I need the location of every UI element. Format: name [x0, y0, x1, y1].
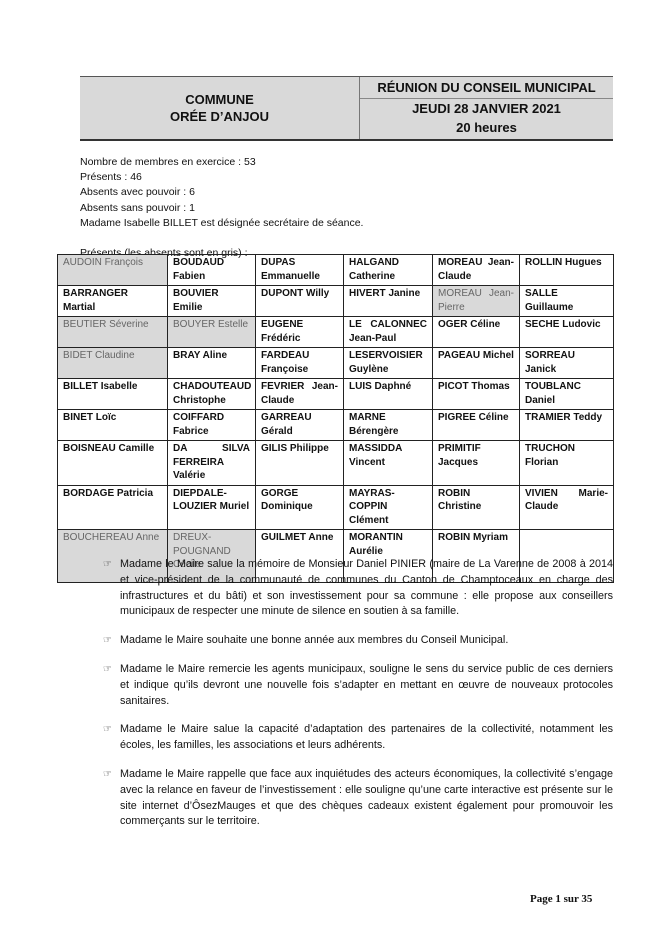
member-cell: DUPONT Willy [256, 286, 344, 317]
commune-name: ORÉE D’ANJOU [170, 108, 269, 125]
member-cell-absent: BOUYER Estelle [168, 317, 256, 348]
secretary-line: Madame Isabelle BILLET est désignée secr… [80, 216, 363, 231]
announcement-item: ☞Madame le Maire remercie les agents mun… [103, 662, 613, 709]
member-cell: TOUBLANC Daniel [520, 379, 614, 410]
member-cell: COIFFARD Fabrice [168, 410, 256, 441]
member-cell-absent: AUDOIN François [58, 255, 168, 286]
member-cell: LESERVOISIER Guylène [344, 348, 433, 379]
announcement-text: Madame le Maire souhaite une bonne année… [120, 634, 508, 646]
member-cell: BINET Loïc [58, 410, 168, 441]
member-cell-absent: MOREAU Jean-Pierre [433, 286, 520, 317]
member-cell: PIGREE Céline [433, 410, 520, 441]
member-cell: PAGEAU Michel [433, 348, 520, 379]
member-cell-absent: BEUTIER Séverine [58, 317, 168, 348]
hand-pointing-icon: ☞ [103, 633, 112, 649]
member-cell: LE CALONNEC Jean-Paul [344, 317, 433, 348]
member-cell: DUPAS Emmanuelle [256, 255, 344, 286]
member-cell: EUGENE Frédéric [256, 317, 344, 348]
document-header: COMMUNE ORÉE D’ANJOU RÉUNION DU CONSEIL … [80, 76, 613, 141]
announcement-item: ☞Madame le Maire salue la mémoire de Mon… [103, 557, 613, 620]
member-cell: SORREAU Janick [520, 348, 614, 379]
meeting-date: JEUDI 28 JANVIER 2021 [360, 99, 613, 119]
member-cell: GARREAU Gérald [256, 410, 344, 441]
member-cell: FEVRIER Jean-Claude [256, 379, 344, 410]
table-row: BORDAGE PatriciaDIEPDALE-LOUZIER MurielG… [58, 485, 614, 530]
member-cell: DIEPDALE-LOUZIER Muriel [168, 485, 256, 530]
member-cell: MAYRAS-COPPIN Clément [344, 485, 433, 530]
announcement-item: ☞Madame le Maire salue la capacité d’ada… [103, 722, 613, 754]
member-cell: GORGE Dominique [256, 485, 344, 530]
table-row: BARRANGER MartialBOUVIER EmilieDUPONT Wi… [58, 286, 614, 317]
member-cell: TRAMIER Teddy [520, 410, 614, 441]
member-cell: BRAY Aline [168, 348, 256, 379]
announcements-list: ☞Madame le Maire salue la mémoire de Mon… [103, 557, 613, 843]
present-count: Présents : 46 [80, 170, 363, 185]
hand-pointing-icon: ☞ [103, 557, 112, 573]
member-cell: PRIMITIF Jacques [433, 441, 520, 486]
member-cell: BILLET Isabelle [58, 379, 168, 410]
table-row: BINET LoïcCOIFFARD FabriceGARREAU Gérald… [58, 410, 614, 441]
attendance-summary: Nombre de membres en exercice : 53 Prése… [80, 155, 363, 261]
announcement-item: ☞Madame le Maire souhaite une bonne anné… [103, 633, 613, 649]
absent-proxy-count: Absents avec pouvoir : 6 [80, 185, 363, 200]
member-cell: DA SILVA FERREIRA Valérie [168, 441, 256, 486]
commune-label: COMMUNE [185, 91, 254, 108]
hand-pointing-icon: ☞ [103, 767, 112, 783]
member-cell: BOUVIER Emilie [168, 286, 256, 317]
member-cell: MOREAU Jean-Claude [433, 255, 520, 286]
commune-block: COMMUNE ORÉE D’ANJOU [80, 77, 359, 139]
member-cell: HIVERT Janine [344, 286, 433, 317]
hand-pointing-icon: ☞ [103, 722, 112, 738]
member-cell: BARRANGER Martial [58, 286, 168, 317]
member-cell: BOISNEAU Camille [58, 441, 168, 486]
member-cell: BORDAGE Patricia [58, 485, 168, 530]
member-cell: OGER Céline [433, 317, 520, 348]
table-row: AUDOIN FrançoisBOUDAUD FabienDUPAS Emman… [58, 255, 614, 286]
table-row: BILLET IsabelleCHADOUTEAUD ChristopheFEV… [58, 379, 614, 410]
member-cell: TRUCHON Florian [520, 441, 614, 486]
member-cell: GILIS Philippe [256, 441, 344, 486]
member-cell: SECHE Ludovic [520, 317, 614, 348]
absent-no-proxy-count: Absents sans pouvoir : 1 [80, 201, 363, 216]
member-cell: SALLE Guillaume [520, 286, 614, 317]
member-cell: MASSIDDA Vincent [344, 441, 433, 486]
member-cell: ROLLIN Hugues [520, 255, 614, 286]
meeting-title: RÉUNION DU CONSEIL MUNICIPAL [360, 77, 613, 99]
member-cell-absent: BIDET Claudine [58, 348, 168, 379]
attendance-table: AUDOIN FrançoisBOUDAUD FabienDUPAS Emman… [57, 254, 614, 583]
member-cell: ROBIN Christine [433, 485, 520, 530]
document-page: COMMUNE ORÉE D’ANJOU RÉUNION DU CONSEIL … [0, 0, 671, 950]
announcement-text: Madame le Maire salue la mémoire de Mons… [120, 558, 613, 617]
member-cell: VIVIEN Marie-Claude [520, 485, 614, 530]
table-row: BOISNEAU CamilleDA SILVA FERREIRA Valéri… [58, 441, 614, 486]
announcement-text: Madame le Maire salue la capacité d’adap… [120, 723, 613, 751]
announcement-item: ☞Madame le Maire rappelle que face aux i… [103, 767, 613, 830]
announcement-text: Madame le Maire remercie les agents muni… [120, 663, 613, 707]
meeting-block: RÉUNION DU CONSEIL MUNICIPAL JEUDI 28 JA… [360, 77, 613, 139]
member-cell: PICOT Thomas [433, 379, 520, 410]
page-number: Page 1 sur 35 [530, 893, 592, 905]
member-cell: CHADOUTEAUD Christophe [168, 379, 256, 410]
member-cell: MARNE Bérengère [344, 410, 433, 441]
member-cell: BOUDAUD Fabien [168, 255, 256, 286]
table-row: BIDET ClaudineBRAY AlineFARDEAU François… [58, 348, 614, 379]
member-cell: HALGAND Catherine [344, 255, 433, 286]
members-count: Nombre de membres en exercice : 53 [80, 155, 363, 170]
table-row: BEUTIER SéverineBOUYER EstelleEUGENE Fré… [58, 317, 614, 348]
hand-pointing-icon: ☞ [103, 662, 112, 678]
member-cell: LUIS Daphné [344, 379, 433, 410]
member-cell: FARDEAU Françoise [256, 348, 344, 379]
announcement-text: Madame le Maire rappelle que face aux in… [120, 768, 613, 827]
meeting-time: 20 heures [360, 119, 613, 139]
